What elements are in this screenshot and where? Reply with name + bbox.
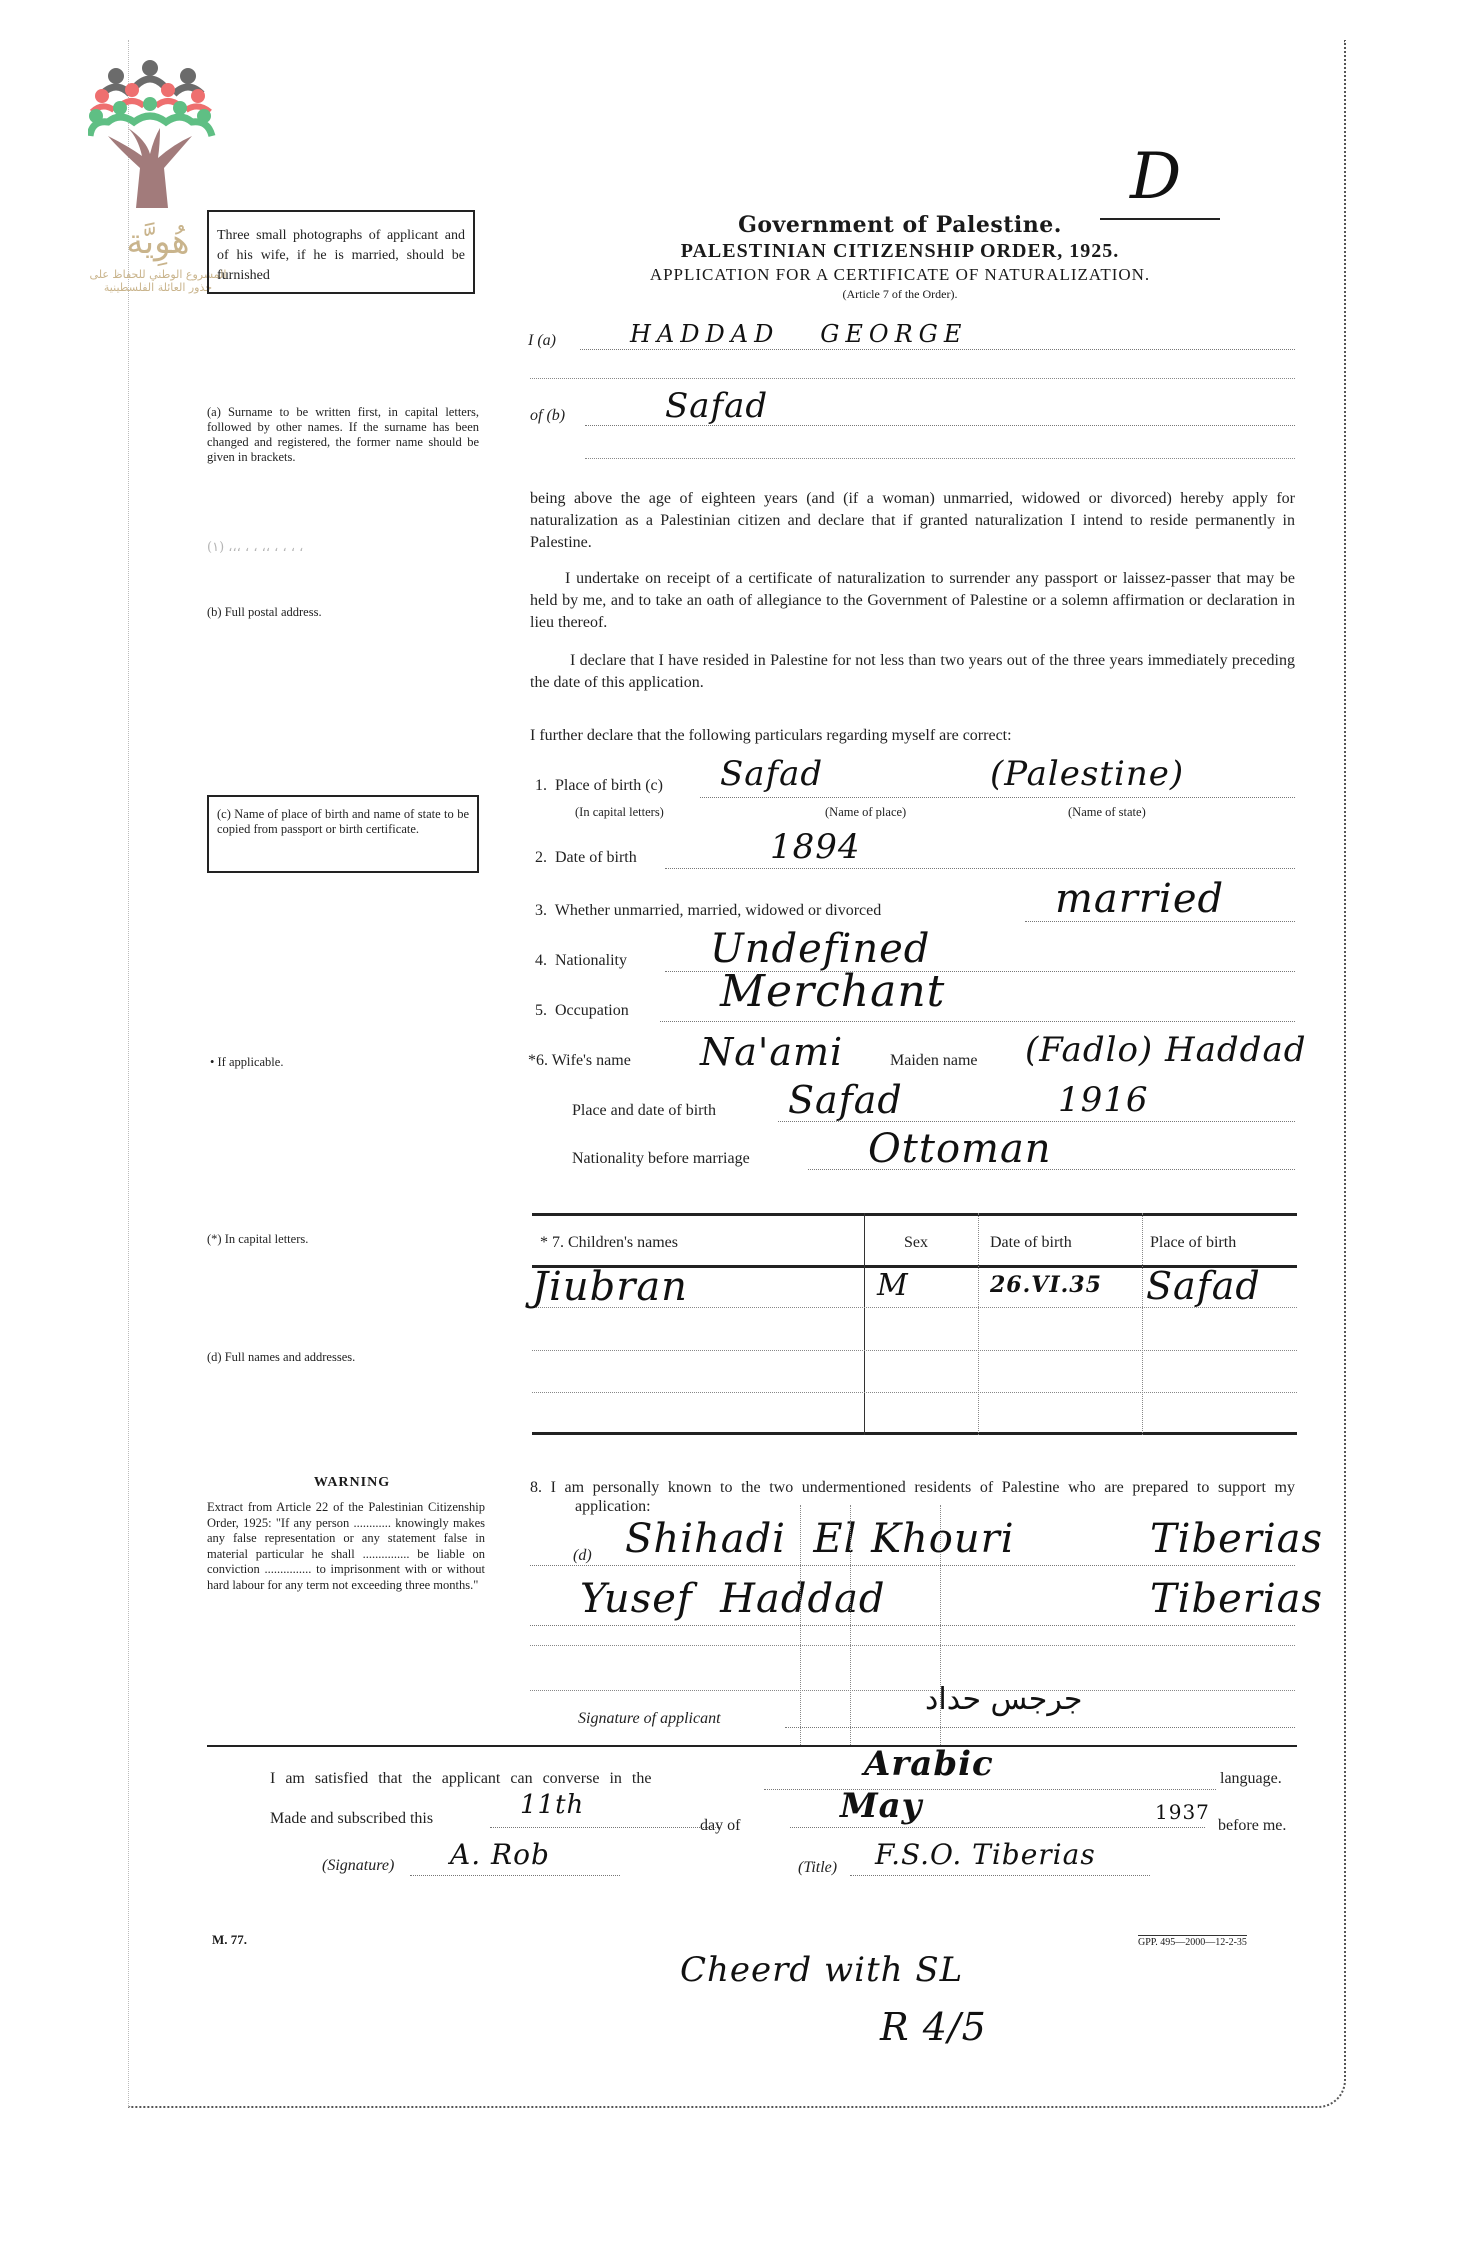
form-number: M. 77. xyxy=(212,1932,247,1948)
wife-name-field: Na'ami xyxy=(690,1030,1030,1074)
note-postal: (b) Full postal address. xyxy=(207,605,322,620)
signature-official-value: A. Rob xyxy=(450,1838,550,1871)
annotation-line-2: R 4/5 xyxy=(880,2005,987,2049)
dotted-line xyxy=(530,1645,1295,1646)
before-me: before me. xyxy=(1218,1815,1286,1837)
photo-note: Three small photographs of applicant and… xyxy=(207,210,475,294)
maiden-name-field: (Fadlo) Haddad xyxy=(1020,1030,1350,1074)
references-label: 8. I am personally known to the two unde… xyxy=(530,1478,1295,1516)
maiden-name-label: Maiden name xyxy=(890,1050,978,1072)
reference-1-place: Tiberias xyxy=(1150,1516,1323,1562)
row-rule xyxy=(532,1392,1297,1393)
marital-status-field: married xyxy=(1025,888,1295,922)
sub-capital: (In capital letters) xyxy=(575,805,664,820)
order-title: PALESTINIAN CITIZENSHIP ORDER, 1925. xyxy=(560,240,1240,263)
marital-status-label: 3. Whether unmarried, married, widowed o… xyxy=(535,900,881,922)
reference-1-field: Shihadi El Khouri Tiberias xyxy=(530,1530,1295,1566)
day-field: 11th xyxy=(490,1800,720,1828)
government-title: Government of Palestine. xyxy=(560,212,1240,238)
place-of-birth-field: Safad (Palestine) xyxy=(700,762,1295,798)
applicant-prefix: I (a) xyxy=(528,330,556,352)
corner-mark: D xyxy=(1130,140,1182,214)
applicant-name-field: HADDAD GEORGE xyxy=(580,320,1295,350)
child-name: Jiubran xyxy=(532,1264,688,1310)
address-value: Safad xyxy=(665,386,768,426)
title-field: F.S.O. Tiberias xyxy=(850,1848,1150,1876)
table-top-rule xyxy=(532,1213,1297,1216)
date-of-birth-value: 1894 xyxy=(770,827,861,867)
column-rule xyxy=(864,1213,865,1435)
note-if-applicable: • If applicable. xyxy=(210,1055,283,1070)
warning-text: Extract from Article 22 of the Palestini… xyxy=(207,1500,485,1593)
dotted-line xyxy=(530,378,1295,379)
reference-1-name: Shihadi El Khouri xyxy=(625,1516,1015,1562)
note-full-names: (d) Full names and addresses. xyxy=(207,1350,355,1365)
language-value: Arabic xyxy=(864,1744,994,1784)
column-rule xyxy=(978,1213,979,1435)
occupation-field: Merchant xyxy=(660,988,1295,1022)
signature-official-label: (Signature) xyxy=(322,1855,394,1877)
row-rule xyxy=(532,1350,1297,1351)
children-header-sex: Sex xyxy=(904,1232,928,1254)
day-label: day of xyxy=(700,1815,740,1837)
date-of-birth-field: 1894 xyxy=(665,835,1295,869)
declaration-residence: I declare that I have resided in Palesti… xyxy=(530,650,1295,694)
child-sex: M xyxy=(877,1268,909,1303)
nationality-label: 4. Nationality xyxy=(535,950,627,972)
of-label: of (b) xyxy=(530,405,565,427)
state-of-birth-value: (Palestine) xyxy=(990,754,1184,794)
language-pre: I am satisfied that the applicant can co… xyxy=(270,1768,651,1790)
wife-birth-label: Place and date of birth xyxy=(572,1100,716,1122)
month-field: May xyxy=(790,1800,1205,1828)
annotation-line-1: Cheerd with SL xyxy=(680,1950,963,1990)
applicant-name-value: HADDAD GEORGE xyxy=(630,320,967,348)
occupation-value: Merchant xyxy=(720,966,945,1017)
signature-official-field: A. Rob xyxy=(410,1848,620,1876)
made-label: Made and subscribed this xyxy=(270,1808,433,1830)
language-field: Arabic xyxy=(764,1762,1216,1790)
note-birthplace: (c) Name of place of birth and name of s… xyxy=(207,795,479,873)
child-place: Safad xyxy=(1146,1264,1261,1308)
signature-applicant-value: جرجس حداد xyxy=(925,1682,1082,1717)
dotted-line xyxy=(530,1690,1295,1691)
child-dob: 26.VI.35 xyxy=(990,1272,1102,1298)
title-value: F.S.O. Tiberias xyxy=(875,1838,1096,1871)
section-rule xyxy=(207,1745,1297,1747)
table-row: Jiubran M 26.VI.35 Safad xyxy=(532,1268,1297,1308)
signature-applicant-label: Signature of applicant xyxy=(578,1708,721,1730)
signature-applicant-field: جرجس حداد xyxy=(785,1700,1295,1728)
wife-nationality-field: Ottoman xyxy=(808,1138,1295,1170)
children-header-place: Place of birth xyxy=(1150,1232,1236,1254)
application-title: APPLICATION FOR A CERTIFICATE OF NATURAL… xyxy=(560,265,1240,285)
declaration-age: being above the age of eighteen years (a… xyxy=(530,488,1295,554)
year-value: 1937 xyxy=(1155,1800,1210,1824)
note-surname: (a) Surname to be written first, in capi… xyxy=(207,405,479,465)
article-ref: (Article 7 of the Order). xyxy=(560,287,1240,302)
page-border xyxy=(128,40,1346,2108)
reference-2-name: Yusef Haddad xyxy=(580,1576,886,1622)
children-header-dob: Date of birth xyxy=(990,1232,1072,1254)
occupation-label: 5. Occupation xyxy=(535,1000,629,1022)
wife-birth-place: Safad xyxy=(788,1078,903,1122)
sub-state: (Name of state) xyxy=(1068,805,1146,820)
date-of-birth-label: 2. Date of birth xyxy=(535,847,637,869)
family-tree-icon xyxy=(88,58,228,208)
wife-nationality-label: Nationality before marriage xyxy=(572,1148,750,1170)
note-capital-letters: (*) In capital letters. xyxy=(207,1232,308,1247)
language-post: language. xyxy=(1220,1768,1282,1790)
wife-birth-year: 1916 xyxy=(1058,1080,1149,1120)
column-rule xyxy=(1142,1213,1143,1435)
wife-name-label: *6. Wife's name xyxy=(528,1050,631,1072)
reference-2-place: Tiberias xyxy=(1150,1576,1323,1622)
day-value: 11th xyxy=(520,1790,584,1820)
place-of-birth-label: 1. Place of birth (c) xyxy=(535,775,663,797)
document-header: Government of Palestine. PALESTINIAN CIT… xyxy=(560,212,1240,302)
marital-status-value: married xyxy=(1055,876,1224,922)
reference-2-field: Yusef Haddad Tiberias xyxy=(530,1590,1295,1626)
children-header-names: * 7. Children's names xyxy=(540,1232,678,1254)
title-label: (Title) xyxy=(798,1857,837,1879)
arabic-annotation: (١) ،،، ، ، ،، ، ، ، ، xyxy=(207,540,303,555)
declaration-particulars: I further declare that the following par… xyxy=(530,725,1012,747)
maiden-name-value: (Fadlo) Haddad xyxy=(1025,1030,1306,1070)
wife-nationality-value: Ottoman xyxy=(868,1126,1052,1172)
address-field: Safad xyxy=(585,390,1295,426)
wife-birth-field: Safad 1916 xyxy=(778,1090,1295,1122)
table-bottom-rule xyxy=(532,1432,1297,1435)
sub-place: (Name of place) xyxy=(825,805,906,820)
month-value: May xyxy=(840,1786,922,1826)
place-of-birth-value: Safad xyxy=(720,754,823,794)
wife-name-value: Na'ami xyxy=(700,1030,843,1074)
printer-code: GPP. 495—2000—12-2-35 xyxy=(1138,1935,1247,1948)
dotted-line xyxy=(585,458,1295,459)
declaration-undertake: I undertake on receipt of a certificate … xyxy=(530,568,1295,634)
warning-title: WARNING xyxy=(207,1475,497,1491)
